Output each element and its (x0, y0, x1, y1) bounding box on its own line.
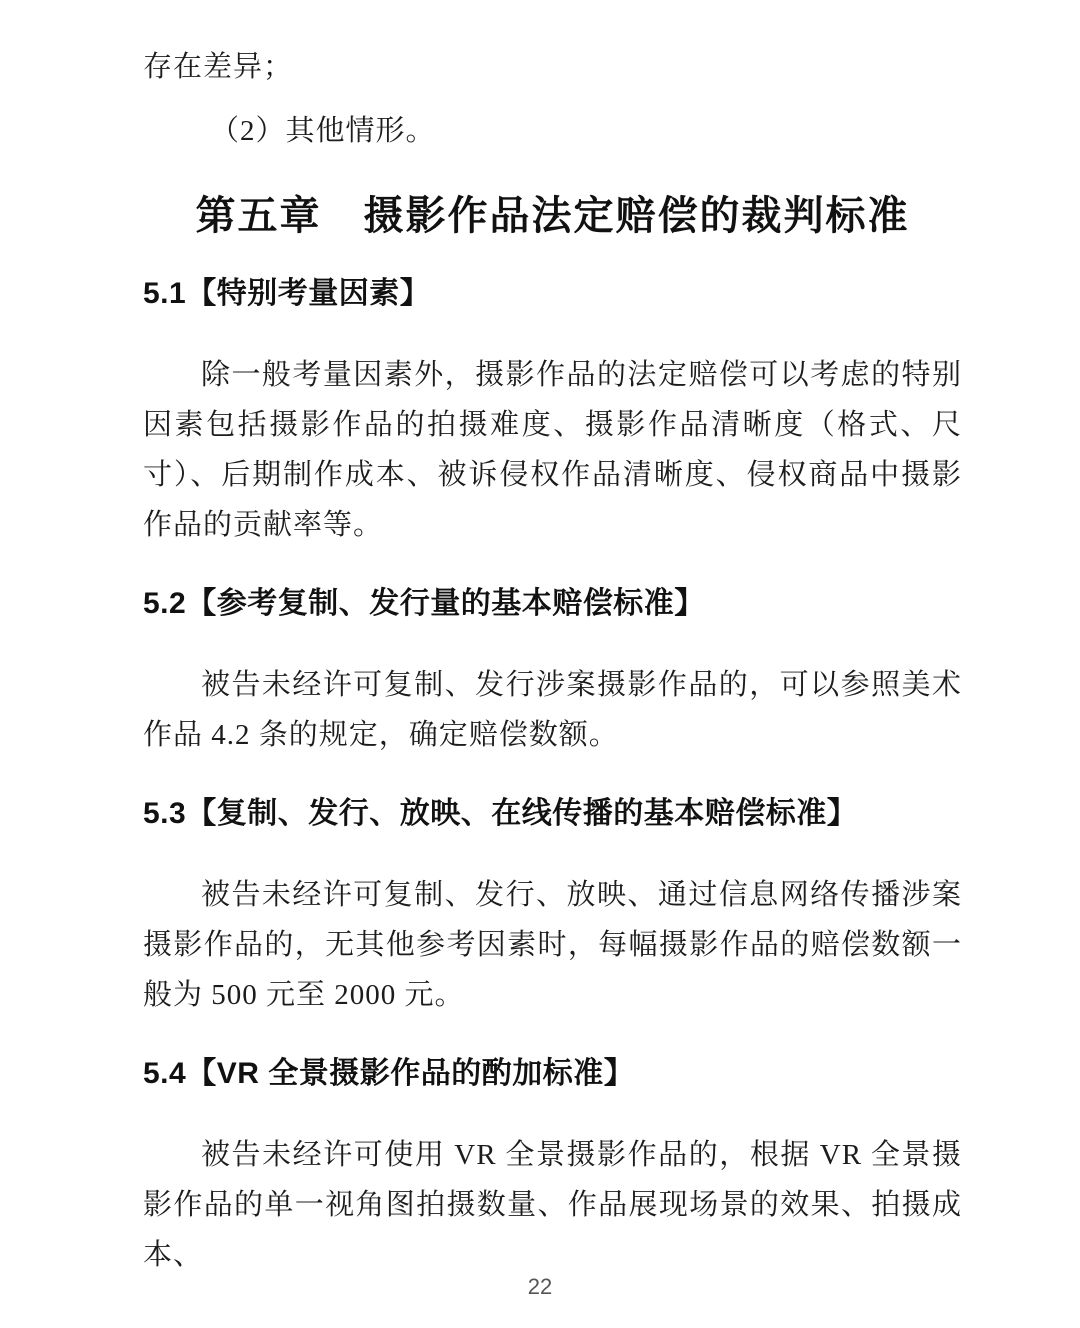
section-heading-5-2: 5.2【参考复制、发行量的基本赔偿标准】 (143, 586, 962, 622)
section-paragraph-5-3: 被告未经许可复制、发行、放映、通过信息网络传播涉案摄影作品的，无其他参考因素时，… (143, 870, 962, 1020)
document-page: 存在差异； （2）其他情形。 第五章摄影作品法定赔偿的裁判标准 5.1【特别考量… (0, 0, 1080, 1328)
section-paragraph-5-2: 被告未经许可复制、发行涉案摄影作品的，可以参照美术作品 4.2 条的规定，确定赔… (143, 660, 962, 760)
page-content: 存在差异； （2）其他情形。 第五章摄影作品法定赔偿的裁判标准 5.1【特别考量… (0, 0, 1080, 1280)
section-paragraph-5-4: 被告未经许可使用 VR 全景摄影作品的，根据 VR 全景摄影作品的单一视角图拍摄… (143, 1130, 962, 1280)
section-heading-5-1: 5.1【特别考量因素】 (143, 276, 962, 312)
section-heading-5-4: 5.4【VR 全景摄影作品的酌加标准】 (143, 1056, 962, 1092)
chapter-title-text: 摄影作品法定赔偿的裁判标准 (364, 193, 910, 238)
chapter-title: 第五章摄影作品法定赔偿的裁判标准 (143, 192, 962, 240)
paragraph-continuation: 存在差异； (143, 42, 962, 92)
list-item-2: （2）其他情形。 (143, 106, 962, 156)
chapter-number: 第五章 (196, 193, 322, 238)
section-paragraph-5-1: 除一般考量因素外，摄影作品的法定赔偿可以考虑的特别因素包括摄影作品的拍摄难度、摄… (143, 350, 962, 550)
page-number: 22 (0, 1274, 1080, 1300)
section-heading-5-3: 5.3【复制、发行、放映、在线传播的基本赔偿标准】 (143, 796, 962, 832)
